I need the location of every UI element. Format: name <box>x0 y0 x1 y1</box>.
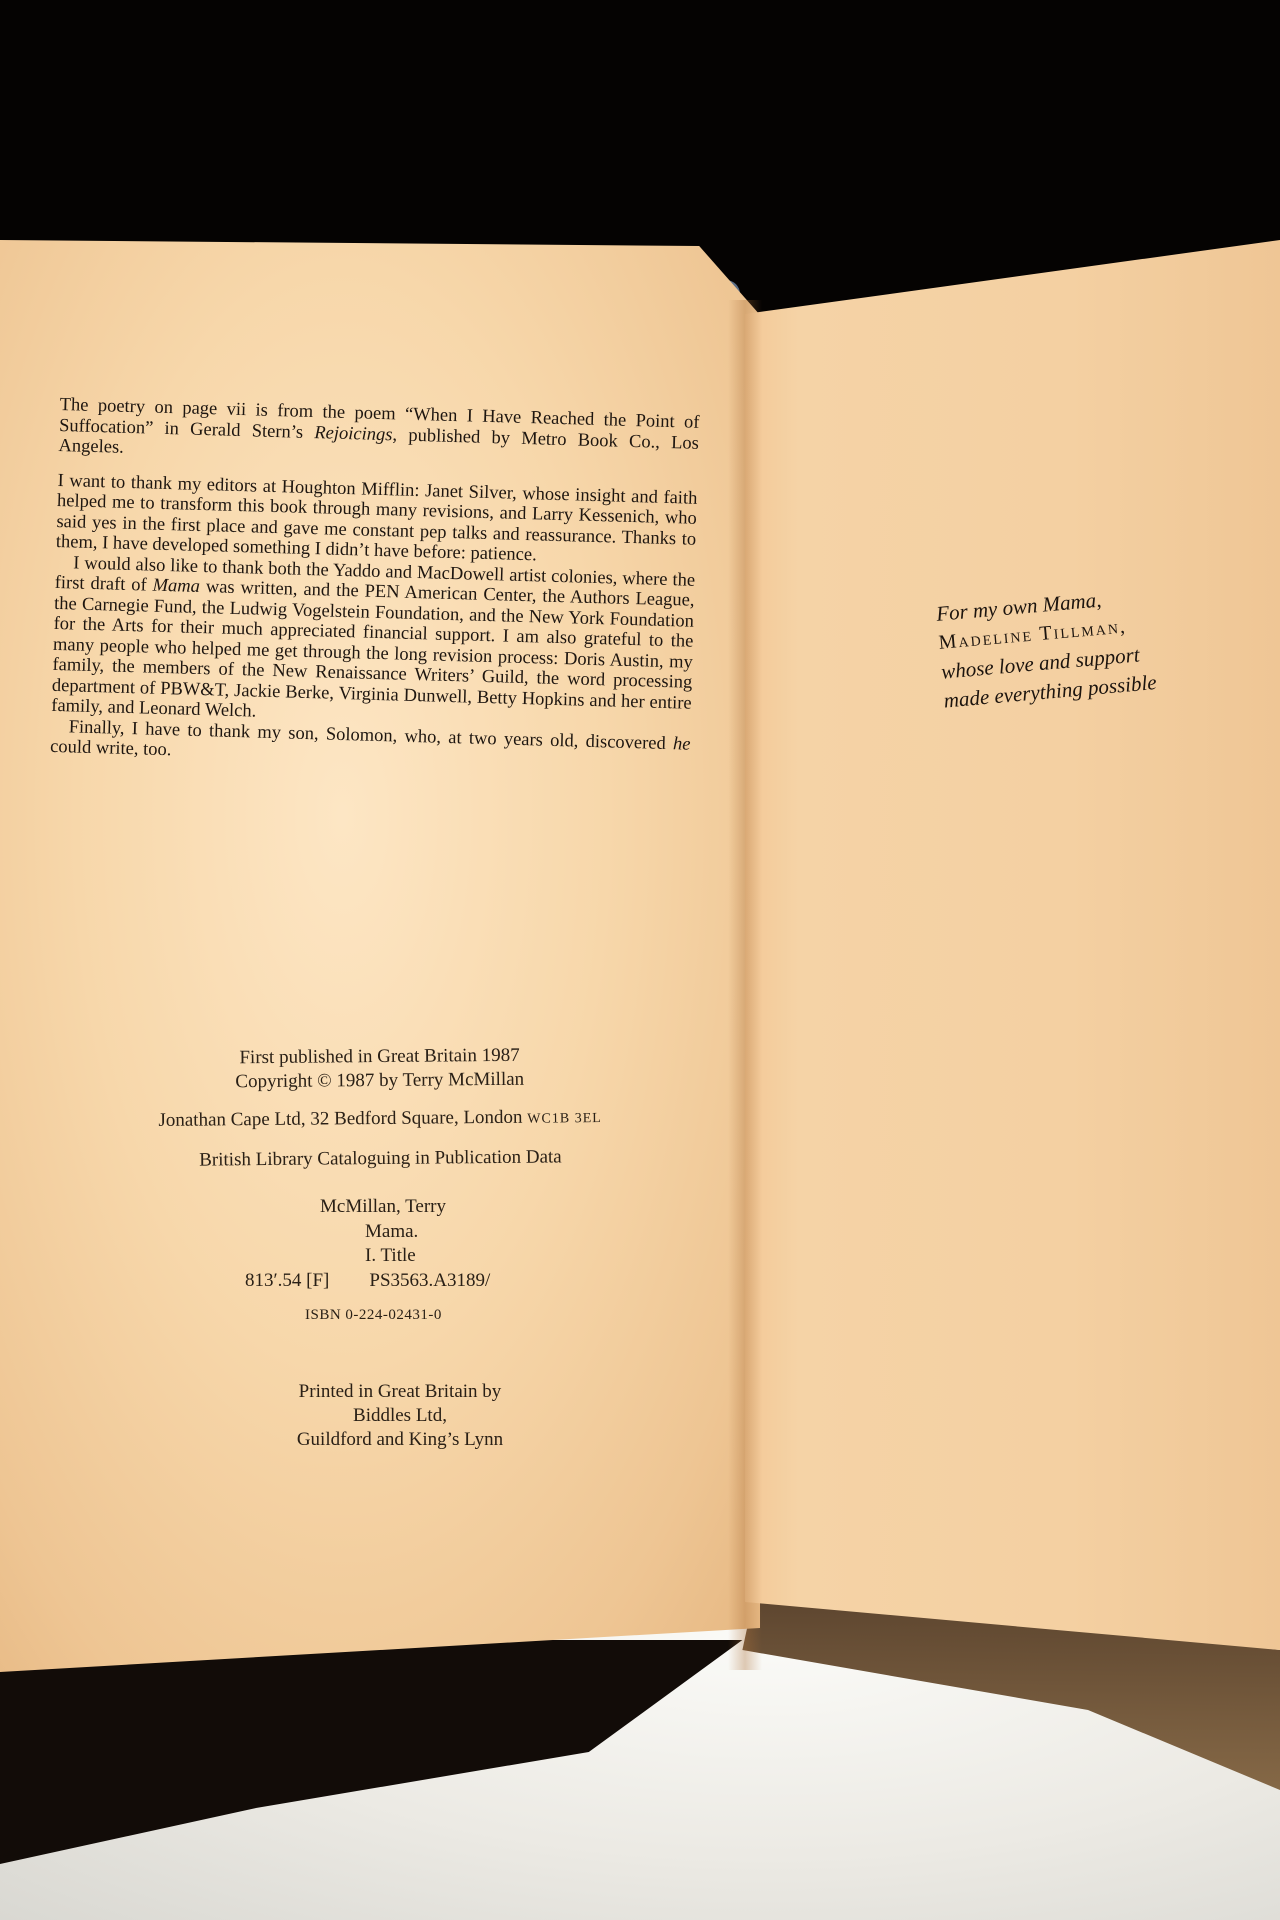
copyright-line: Copyright © 1987 by Terry McMillan <box>120 1067 640 1096</box>
acknowledgments: The poetry on page vii is from the poem … <box>50 395 700 775</box>
catalog-dewey: 813′.54 [F] <box>245 1269 329 1294</box>
book-photo-scene: The poetry on page vii is from the poem … <box>0 0 1280 1920</box>
book-gutter <box>728 300 762 1670</box>
catalog-title-entry: I. Title <box>245 1244 625 1269</box>
publisher-address: Jonathan Cape Ltd, 32 Bedford Square, Lo… <box>120 1105 640 1136</box>
catalog-title: Mama. <box>245 1220 625 1245</box>
catalog-author: McMillan, Terry <box>245 1195 625 1220</box>
catalog-data: McMillan, Terry Mama. I. Title 813′.54 [… <box>245 1195 625 1328</box>
cip-heading: British Library Cataloguing in Publicati… <box>120 1145 640 1174</box>
ack-paragraph-colonies: I would also like to thank both the Yadd… <box>51 552 695 734</box>
printer-line2: Biddles Ltd, <box>250 1404 550 1428</box>
printer-block: Printed in Great Britain by Biddles Ltd,… <box>250 1380 550 1452</box>
isbn: ISBN 0-224-02431-0 <box>245 1303 625 1328</box>
printer-line3: Guildford and King’s Lynn <box>250 1428 550 1452</box>
right-page <box>745 240 1280 1660</box>
imprint-block: First published in Great Britain 1987 Co… <box>119 1043 640 1174</box>
catalog-lc: PS3563.A3189/ <box>369 1269 490 1294</box>
printer-line1: Printed in Great Britain by <box>250 1380 550 1404</box>
